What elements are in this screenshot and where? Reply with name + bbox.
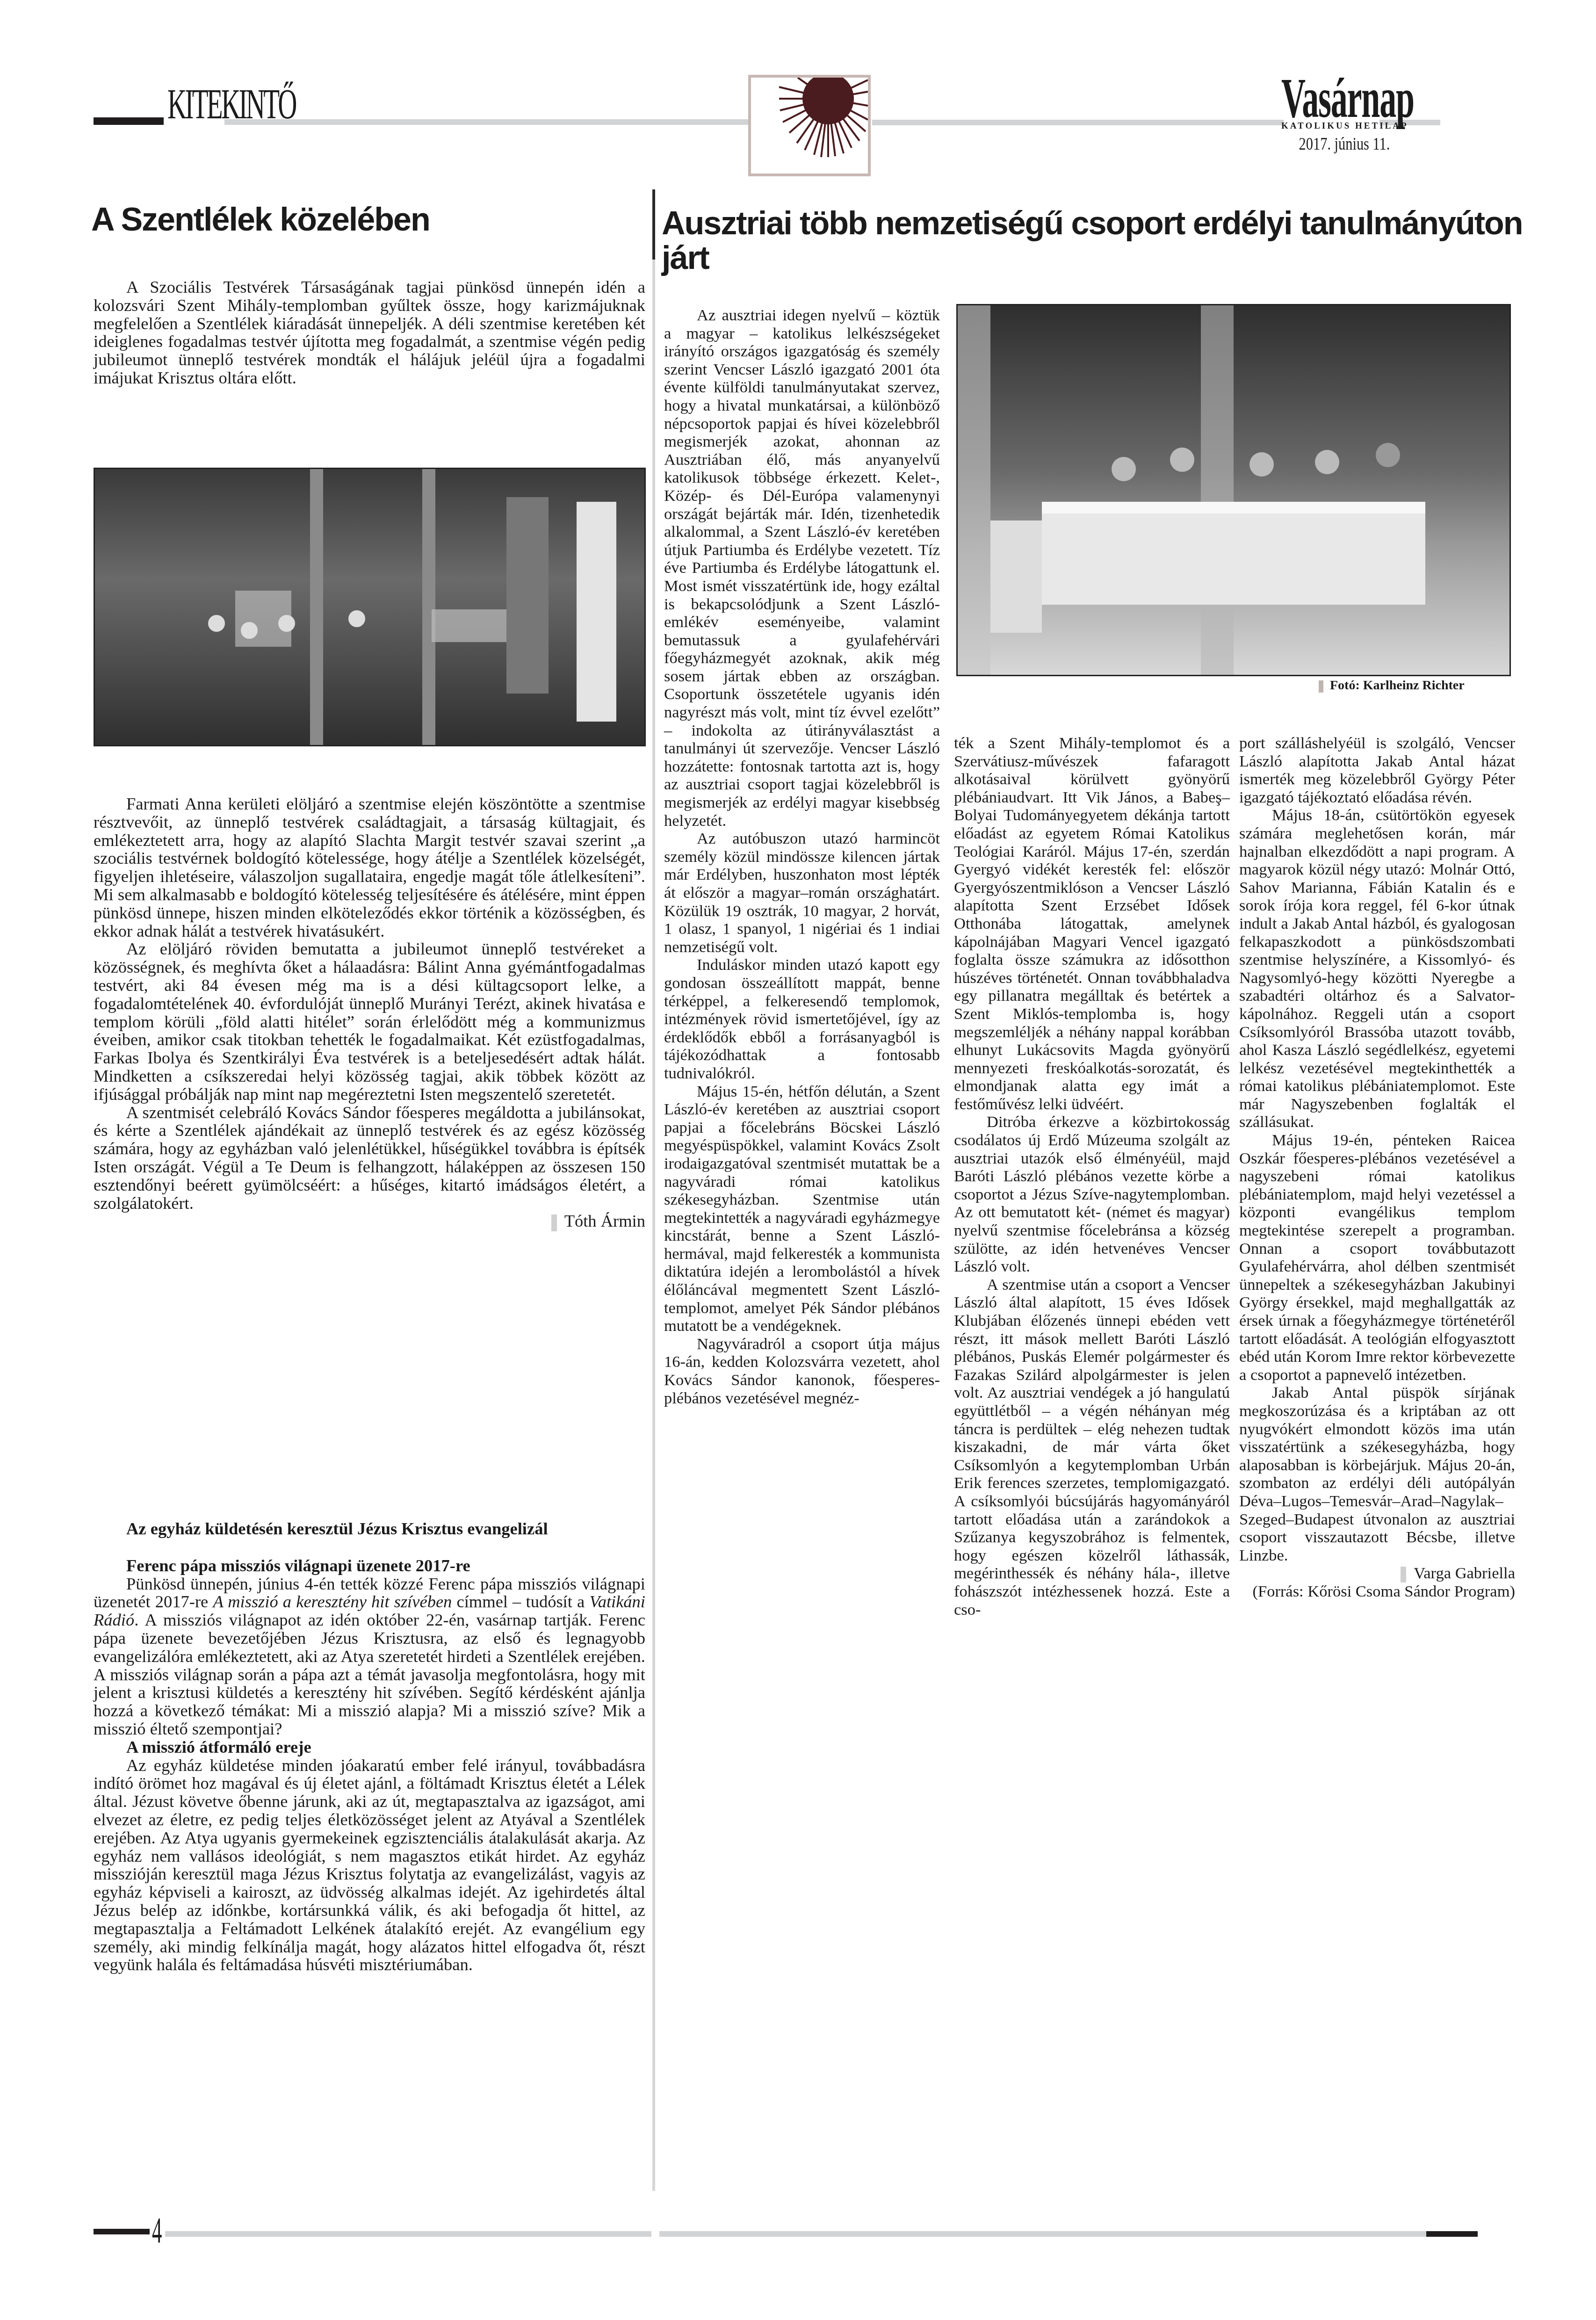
second-article-subtitle: Ferenc pápa missziós világnapi üzenete 2… <box>94 1557 645 1575</box>
article-intro: A Szociális Testvérek Társaságának tagja… <box>94 278 645 387</box>
author-name: Varga Gabriella <box>1414 1564 1515 1582</box>
article-photo <box>94 468 646 746</box>
second-article-title: Az egyház küldetésén keresztül Jézus Kri… <box>94 1520 645 1538</box>
article-column-1: Az ausztriai idegen nyelvű – köztük a ma… <box>664 306 940 1407</box>
paragraph: Május 19-én, pénteken Raicea Oszkár főes… <box>1239 1131 1515 1384</box>
column-divider-accent <box>652 189 655 260</box>
masthead-title: Vasárnap <box>1281 72 1408 124</box>
intro-paragraph: A Szociális Testvérek Társaságának tagja… <box>94 278 645 387</box>
column-divider <box>652 189 655 2191</box>
article-column-3: port szálláshelyéül is szolgáló, Vencser… <box>1239 734 1515 1601</box>
photo-credit: Fotó: Karlheinz Richter <box>1319 678 1465 693</box>
article-photo <box>956 304 1511 676</box>
header-black-bar <box>94 117 164 125</box>
paragraph: Az ausztriai idegen nyelvű – köztük a ma… <box>664 306 940 830</box>
paragraph: Az autóbuszon utazó harmincöt személy kö… <box>664 830 940 956</box>
paragraph: port szálláshelyéül is szolgáló, Vencser… <box>1239 734 1515 806</box>
paragraph: Nagyváradról a csoport útja május 16-án,… <box>664 1335 940 1407</box>
paragraph: A szentmise után a csoport a Vencser Lás… <box>954 1276 1230 1619</box>
footer-black-bar <box>1426 2231 1478 2237</box>
source-note: (Forrás: Kőrösi Csoma Sándor Program) <box>1239 1583 1515 1601</box>
second-article: Az egyház küldetésén keresztül Jézus Kri… <box>94 1520 645 1974</box>
author-byline: Varga Gabriella <box>1239 1564 1515 1583</box>
paragraph: Az elöljáró röviden bemutatta a jubileum… <box>94 940 645 1103</box>
paragraph: Május 15-én, hétfőn délután, a Szent Lás… <box>664 1083 940 1335</box>
author-byline: Tóth Ármin <box>94 1212 645 1231</box>
header-rule <box>224 119 760 125</box>
paragraph: Pünkösd ünnepén, június 4-én tették közz… <box>94 1575 645 1738</box>
paragraph: Május 18-án, csütörtökön egyesek számára… <box>1239 806 1515 1131</box>
article-title: Ausztriai több nemzetiségű csoport erdél… <box>662 206 1527 275</box>
header-rule <box>872 120 1284 125</box>
page-number: 4 <box>152 2212 162 2248</box>
paragraph: Ditróba érkezve a közbirtokosság csodála… <box>954 1113 1230 1275</box>
article-column-2: ték a Szent Mihály-templomot és a Szervá… <box>954 734 1230 1619</box>
paragraph: Induláskor minden utazó kapott egy gondo… <box>664 956 940 1082</box>
author-name: Tóth Ármin <box>564 1211 645 1230</box>
paragraph: Jakab Antal püspök sírjának megkoszorúzá… <box>1239 1384 1515 1564</box>
footer-black-bar <box>94 2229 150 2234</box>
issue-date: 2017. június 11. <box>1294 134 1395 154</box>
article-title: A Szentlélek közelében <box>91 202 629 237</box>
paragraph: Farmati Anna kerületi elöljáró a szentmi… <box>94 795 645 940</box>
masthead: Vasárnap KATOLIKUS HETILAP 2017. június … <box>1281 72 1408 154</box>
paragraph: A szentmisét celebráló Kovács Sándor főe… <box>94 1104 645 1213</box>
paragraph: ték a Szent Mihály-templomot és a Szervá… <box>954 734 1230 1113</box>
paragraph: Az egyház küldetése minden jóakaratú emb… <box>94 1756 645 1974</box>
second-article-subhead: A misszió átformáló ereje <box>94 1738 645 1756</box>
footer-rule <box>659 2231 1426 2237</box>
footer-rule <box>165 2231 651 2237</box>
sunburst-icon <box>748 75 871 176</box>
article-body: Farmati Anna kerületi elöljáró a szentmi… <box>94 795 645 1231</box>
